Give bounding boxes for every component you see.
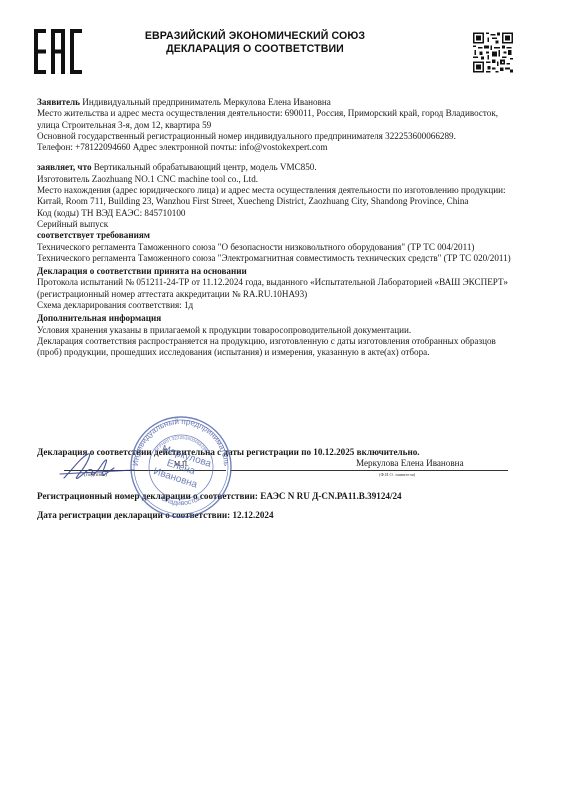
header-title-union: ЕВРАЗИЙСКИЙ ЭКОНОМИЧЕСКИЙ СОЮЗ — [130, 30, 380, 43]
declares-line: заявляет, что Вертикальный обрабатывающи… — [37, 162, 517, 173]
manufacturer: Изготовитель Zaozhuang NO.1 CNC machine … — [37, 174, 517, 185]
declares-label: заявляет, что — [37, 162, 92, 172]
official-stamp-icon: Индивидуальный предприниматель Владивост… — [128, 408, 234, 526]
additional-info-label: Дополнительная информация — [37, 313, 517, 324]
product-name: Вертикальный обрабатывающий центр, модел… — [92, 162, 317, 172]
applicant-name: Индивидуальный предприниматель Меркулова… — [80, 97, 331, 107]
declaration-scheme: Схема декларирования соответствия: 1д — [37, 300, 517, 311]
applicant-contacts: Телефон: +78122094660 Адрес электронной … — [37, 142, 517, 153]
signer-caption: (Ф.И.О. заявителя) — [379, 472, 415, 477]
header-title-declaration: ДЕКЛАРАЦИЯ О СООТВЕТСТВИИ — [130, 43, 380, 56]
name-line — [230, 470, 508, 471]
qr-code-icon[interactable] — [473, 31, 513, 74]
storage-conditions: Условия хранения указаны в прилагаемой к… — [37, 325, 517, 336]
declaration-scope: Декларация соответствия распространяется… — [37, 336, 517, 359]
test-protocol: Протокола испытаний № 051211-24-ТР от 11… — [37, 277, 517, 300]
requirement-item: Технического регламента Таможенного союз… — [37, 253, 517, 264]
signer-name: Меркулова Елена Ивановна — [356, 458, 464, 468]
stamp-city-text: Владивосток — [160, 495, 203, 507]
applicant-line: Заявитель Индивидуальный предприниматель… — [37, 97, 517, 108]
basis-label: Декларация о соответствии принята на осн… — [37, 266, 517, 277]
manufacturer-address: Место нахождения (адрес юридического лиц… — [37, 185, 517, 208]
applicant-ogrn: Основной государственный регистрационный… — [37, 131, 517, 142]
document-header: ЕВРАЗИЙСКИЙ ЭКОНОМИЧЕСКИЙ СОЮЗ ДЕКЛАРАЦИ… — [130, 30, 380, 56]
applicant-label: Заявитель — [37, 97, 80, 107]
requirement-item: Технического регламента Таможенного союз… — [37, 242, 517, 253]
declaration-body: Заявитель Индивидуальный предприниматель… — [37, 97, 517, 359]
applicant-address: Место жительства и адрес места осуществл… — [37, 108, 517, 131]
release-type: Серийный выпуск — [37, 219, 517, 230]
signature-icon — [58, 452, 138, 482]
tnved-code: Код (коды) ТН ВЭД ЕАЭС: 845710100 — [37, 208, 517, 219]
eac-logo-icon — [34, 29, 82, 74]
requirements-label: соответствует требованиям — [37, 230, 517, 241]
